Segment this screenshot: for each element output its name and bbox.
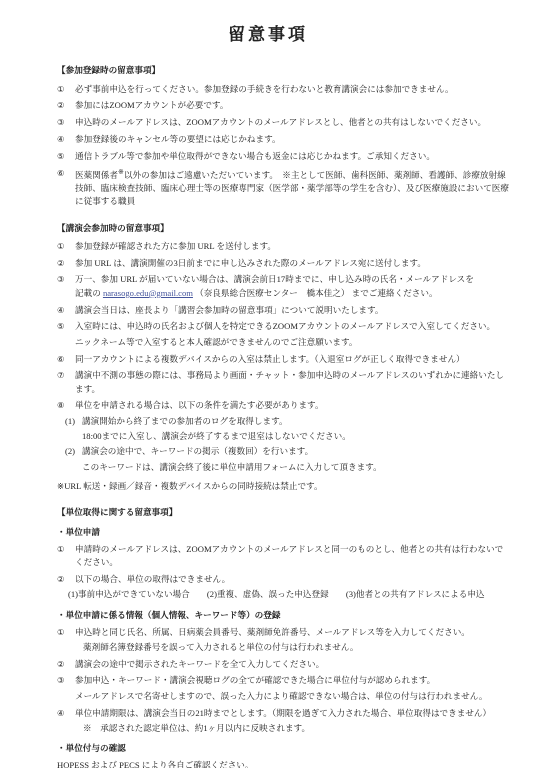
item-marker: ⑦ [57, 369, 75, 396]
sub-item-marker: (2) [65, 445, 82, 474]
continuation-text: (1)事前申込ができていない場合 (2)重複、虚偽、誤った申込登録 (3)他者と… [68, 588, 511, 601]
list-item: ⑤ 入室時には、申込時の氏名および個人を特定できるZOOMアカウントのメールアド… [57, 320, 511, 349]
continuation-text: このキーワードは、講演会終了後に単位申請用フォームに入力して頂きます。 [82, 461, 511, 474]
continuation-text: 薬剤師名簿登録番号を誤って入力されると単位の付与は行われません。 [83, 641, 511, 654]
item-text: 以下の場合、単位の取得はできません。 [75, 574, 230, 584]
sub-list-item: (2) 講演会の途中で、キーワードの掲示（複数回）を行います。 このキーワードは… [65, 445, 511, 474]
document-page: 留意事項 【参加登録時の留意事項】 ① 必ず事前申込を行ってください。参加登録の… [0, 0, 537, 768]
item-text: 同一アカウントによる複数デバイスからの入室は禁止します。（入退室ログが正しく取得… [75, 354, 465, 364]
item-marker: ② [57, 658, 75, 671]
list-item: ② 参加にはZOOMアカウントが必要です。 [57, 99, 511, 112]
section-heading: 【単位取得に関する留意事項】 [57, 506, 511, 519]
subsection-heading: ・単位付与の確認 [57, 742, 511, 755]
sub-list-item: (1) 講演開始から終了までの参加者のログを取得します。 18:00までに入室し… [65, 415, 511, 444]
item-text: 講演中不測の事態の際には、事務局より画面・チャット・参加申込時のメールアドレスの… [75, 370, 504, 393]
list-item: ② 講演会の途中で掲示されたキーワードを全て入力してください。 [57, 658, 511, 671]
item-text: 医薬関係者※以外の参加はご遠慮いただいています。 ※主として医師、歯科医師、薬剤… [75, 167, 511, 209]
list-item: ① 参加登録が確認された方に参加 URL を送付します。 [57, 240, 511, 253]
section-heading: 【参加登録時の留意事項】 [57, 64, 511, 77]
item-text: 万一、参加 URL が届いていない場合は、講演会前日17時までに、申し込み時の氏… [75, 273, 511, 300]
subsection-heading: ・単位申請 [57, 526, 511, 539]
continuation-text: ニックネーム等で入室すると本人確認ができませんのでご注意願います。 [75, 336, 511, 349]
list-item: ⑦ 講演中不測の事態の際には、事務局より画面・チャット・参加申込時のメールアドレ… [57, 369, 511, 396]
item-text: 参加申込・キーワード・講演会視聴ログの全てが確認できた場合に単位付与が認められま… [75, 675, 435, 685]
item-marker: ⑤ [57, 320, 75, 349]
list-item: ③ 申込時のメールアドレスは、ZOOMアカウントのメールアドレスとし、他者との共… [57, 116, 511, 129]
item-text: 申込時のメールアドレスは、ZOOMアカウントのメールアドレスとし、他者との共有は… [75, 117, 486, 127]
item-marker: ① [57, 83, 75, 96]
section-heading: 【講演会参加時の留意事項】 [57, 222, 511, 235]
item-marker: ④ [57, 304, 75, 317]
subsection-heading: ・単位申請に係る情報（個人情報、キーワード等）の登録 [57, 609, 511, 622]
list-item: ④ 単位申請期限は、講演会当日の21時までとします。（期限を過ぎて入力された場合… [57, 707, 511, 736]
item-marker: ⑥ [57, 167, 75, 209]
document-title: 留意事項 [25, 22, 511, 48]
list-item: ④ 参加登録後のキャンセル等の要望には応じかねます。 [57, 133, 511, 146]
list-item: ⑥ 医薬関係者※以外の参加はご遠慮いただいています。 ※主として医師、歯科医師、… [57, 167, 511, 209]
list-item: ① 申込時と同じ氏名、所属、日病薬会員番号、薬剤師免許番号、メールアドレス等を入… [57, 626, 511, 655]
list-item: ② 以下の場合、単位の取得はできません。 (1)事前申込ができていない場合 (2… [57, 573, 511, 602]
item-text: 必ず事前申込を行ってください。参加登録の手続きを行わないと教育講演会には参加でき… [75, 84, 454, 94]
email-link[interactable]: narasogo.edu@gmail.com [103, 288, 193, 298]
list-item: ② 参加 URL は、講演開催の3日前までに申し込みされた際のメールアドレス宛に… [57, 257, 511, 270]
section-registration: 【参加登録時の留意事項】 ① 必ず事前申込を行ってください。参加登録の手続きを行… [57, 64, 511, 208]
item-text: 通信トラブル等で参加や単位取得ができない場合も返金には応じかねます。ご承知くださ… [75, 151, 435, 161]
item-text: 講演会の途中で掲示されたキーワードを全て入力してください。 [75, 659, 324, 669]
item-marker: ① [57, 543, 75, 570]
item-marker: ④ [57, 707, 75, 736]
item-text: 参加登録が確認された方に参加 URL を送付します。 [75, 241, 276, 251]
list-item: ③ 参加申込・キーワード・講演会視聴ログの全てが確認できた場合に単位付与が認めら… [57, 674, 511, 703]
item-marker: ⑥ [57, 353, 75, 366]
confirmation-text: HOPESS および PECS により各自ご確認ください。 [57, 759, 511, 768]
item-marker: ③ [57, 674, 75, 703]
list-item: ④ 講演会当日は、座長より「講習会参加時の留意事項」について説明いたします。 [57, 304, 511, 317]
item-text: 単位申請期限は、講演会当日の21時までとします。（期限を過ぎて入力された場合、単… [75, 708, 491, 718]
item-text: 単位を申請される場合は、以下の条件を満たす必要があります。 [75, 400, 324, 410]
item-text: 申込時と同じ氏名、所属、日病薬会員番号、薬剤師免許番号、メールアドレス等を入力し… [75, 627, 470, 637]
note-text: ※URL 転送・録画／録音・複数デバイスからの同時接続は禁止です。 [57, 480, 511, 493]
item-marker: ③ [57, 273, 75, 300]
item-text: 申請時のメールアドレスは、ZOOMアカウントのメールアドレスと同一のものとし、他… [75, 544, 503, 567]
item-text: 入室時には、申込時の氏名および個人を特定できるZOOMアカウントのメールアドレス… [75, 321, 495, 331]
item-marker: ④ [57, 133, 75, 146]
section-attendance: 【講演会参加時の留意事項】 ① 参加登録が確認された方に参加 URL を送付しま… [57, 222, 511, 493]
section-credit: 【単位取得に関する留意事項】 ・単位申請 ① 申請時のメールアドレスは、ZOOM… [57, 506, 511, 768]
continuation-text: 18:00までに入室し、講演会が終了するまで退室はしないでください。 [82, 430, 511, 443]
item-marker: ③ [57, 116, 75, 129]
sub-item-text: 講演開始から終了までの参加者のログを取得します。 [82, 416, 288, 426]
item-marker: ① [57, 626, 75, 655]
list-item: ⑤ 通信トラブル等で参加や単位取得ができない場合も返金には応じかねます。ご承知く… [57, 150, 511, 163]
continuation-text: ※ 承認された認定単位は、約1ヶ月以内に反映されます。 [83, 722, 511, 735]
item-marker: ② [57, 99, 75, 112]
list-item: ① 申請時のメールアドレスは、ZOOMアカウントのメールアドレスと同一のものとし… [57, 543, 511, 570]
list-item: ⑥ 同一アカウントによる複数デバイスからの入室は禁止します。（入退室ログが正しく… [57, 353, 511, 366]
item-text: 講演会当日は、座長より「講習会参加時の留意事項」について説明いたします。 [75, 305, 384, 315]
sub-item-marker: (1) [65, 415, 82, 444]
list-item: ① 必ず事前申込を行ってください。参加登録の手続きを行わないと教育講演会には参加… [57, 83, 511, 96]
item-marker: ① [57, 240, 75, 253]
item-text: 参加 URL は、講演開催の3日前までに申し込みされた際のメールアドレス宛に送付… [75, 258, 426, 268]
item-text: 参加登録後のキャンセル等の要望には応じかねます。 [75, 134, 281, 144]
item-marker: ② [57, 257, 75, 270]
sub-item-text: 講演会の途中で、キーワードの掲示（複数回）を行います。 [82, 446, 313, 456]
item-marker: ⑤ [57, 150, 75, 163]
continuation-text: メールアドレスで名寄せしますので、誤った入力により確認できない場合は、単位の付与… [75, 690, 511, 703]
list-item: ⑧ 単位を申請される場合は、以下の条件を満たす必要があります。 (1) 講演開始… [57, 399, 511, 476]
list-item: ③ 万一、参加 URL が届いていない場合は、講演会前日17時までに、申し込み時… [57, 273, 511, 300]
item-text: 参加にはZOOMアカウントが必要です。 [75, 100, 228, 110]
